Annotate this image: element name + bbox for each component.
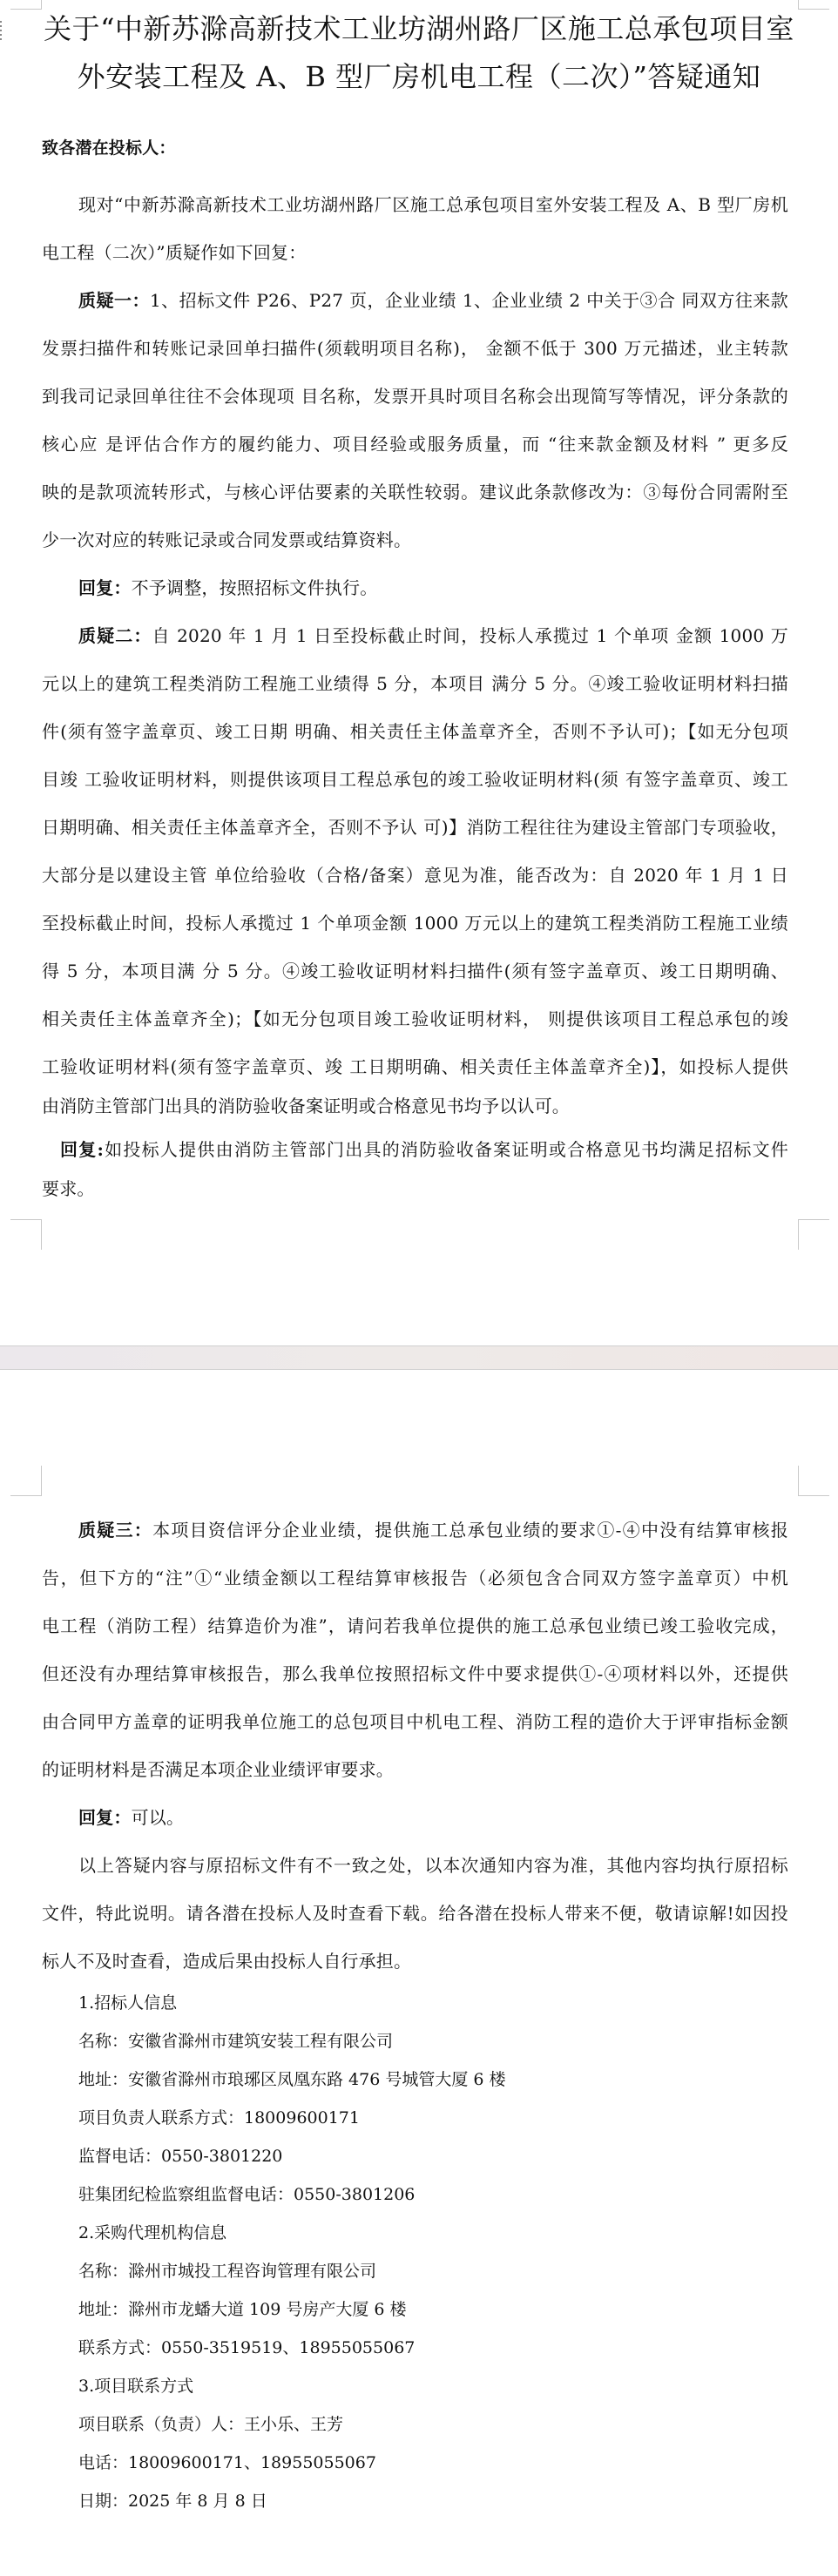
agency-contact: 联系方式：0550-3519519、18955055067 (78, 2337, 415, 2359)
intro-line: 电工程（二次）”质疑作如下回复： (42, 240, 788, 265)
closing-first-line: 以上答疑内容与原招标文件有不一致之处，以本次通知内容为准，其他内容均执行原招标 (78, 1853, 788, 1878)
agency-heading: 2.采购代理机构信息 (78, 2222, 226, 2244)
question-2-line: 大部分是以建设主管 单位给验收（合格/备案）意见为准，能否改为：自 2020 年… (42, 863, 788, 887)
question-3-line: 告，但下方的“注”①“业绩金额以工程结算审核报告（必须包含合同双方签字盖章页）中… (42, 1566, 788, 1590)
intro-line: 现对“中新苏滁高新技术工业坊湖州路厂区施工总承包项目室外安装工程及 A、B 型厂… (78, 192, 788, 217)
question-2-line: 由消防主管部门出具的消防验收备案证明或合格意见书均予以认可。 (42, 1094, 788, 1118)
crop-mark-bottom-left (10, 1219, 42, 1250)
reply-2-line: 要求。 (42, 1177, 788, 1201)
question-2-line: 工验收证明材料(须有签字盖章页、竣 工日期明确、相关责任主体盖章齐全)】，如投标… (42, 1055, 788, 1079)
question-1-line: 少一次对应的转账记录或合同发票或结算资料。 (42, 528, 788, 552)
tenderer-discipline-phone: 驻集团纪检监察组监督电话：0550-3801206 (78, 2183, 415, 2206)
question-2-line: 件(须有签字盖章页、竣工日期 明确、相关责任主体盖章齐全，否则不予认可)；【如无… (42, 719, 788, 744)
closing-line: 标人不及时查看，造成后果由投标人自行承担。 (42, 1949, 788, 1973)
question-1-line: 发票扫描件和转账记录回单扫描件(须载明项目名称)， 金额不低于 300 万元描述… (42, 336, 788, 361)
question-1-label: 质疑一： (78, 290, 150, 311)
question-3-label: 质疑三： (78, 1520, 152, 1541)
reply-3: 回复：可以。 (78, 1805, 788, 1830)
salutation: 致各潜在投标人： (42, 136, 788, 160)
question-2-line: 相关责任主体盖章齐全)；【如无分包项目竣工验收证明材料， 则提供该项目工程总承包… (42, 1007, 788, 1031)
document-title-line-2: 外安装工程及 A、B 型厂房机电工程（二次）”答疑通知 (0, 59, 838, 94)
reply-1-label: 回复： (78, 577, 132, 598)
crop-mark-top-left (10, 0, 42, 10)
agency-name: 名称：滁州市城投工程咨询管理有限公司 (78, 2260, 376, 2283)
tenderer-address: 地址：安徽省滁州市琅琊区凤凰东路 476 号城管大厦 6 楼 (78, 2068, 506, 2091)
question-2-label: 质疑二： (78, 625, 152, 646)
tenderer-heading: 1.招标人信息 (78, 1992, 177, 2014)
question-3-first-line: 质疑三：本项目资信评分企业业绩，提供施工总承包业绩的要求①-④中没有结算审核报 (78, 1518, 788, 1542)
question-1-line: 核心应 是评估合作方的履约能力、项目经验或服务质量，而 “往来款金额及材料 ” … (42, 432, 788, 456)
page-break (0, 1345, 838, 1370)
tenderer-manager-contact: 项目负责人联系方式：18009600171 (78, 2107, 360, 2129)
question-3-line: 由合同甲方盖章的证明我单位施工的总包项目中机电工程、消防工程的造价大于评审指标金… (42, 1709, 788, 1734)
reply-3-label: 回复： (78, 1807, 132, 1828)
page-2: 质疑三：本项目资信评分企业业绩，提供施工总承包业绩的要求①-④中没有结算审核报 … (0, 1370, 838, 2576)
question-3-line: 但还没有办理结算审核报告，那么我单位按照招标文件中要求提供①-④项材料以外，还提… (42, 1662, 788, 1686)
question-1-line: 到我司记录回单往往不会体现项 目名称，发票开具时项目名称会出现简写等情况，评分条… (42, 384, 788, 408)
question-3-line: 的证明材料是否满足本项企业业绩评审要求。 (42, 1757, 788, 1782)
closing-line: 文件，特此说明。请各潜在投标人及时查看下载。给各潜在投标人带来不便，敬请谅解!如… (42, 1901, 788, 1925)
question-2-line: 元以上的建筑工程类消防工程施工业绩得 5 分，本项目 满分 5 分。④竣工验收证… (42, 671, 788, 696)
tenderer-supervision-phone: 监督电话：0550-3801220 (78, 2145, 282, 2168)
crop-mark-top-right (798, 1466, 829, 1496)
tenderer-name: 名称：安徽省滁州市建筑安装工程有限公司 (78, 2030, 393, 2053)
reply-1: 回复：不予调整，按照招标文件执行。 (78, 576, 788, 600)
question-1-first-line: 质疑一：1、招标文件 P26、P27 页，企业业绩 1、企业业绩 2 中关于③合… (78, 288, 788, 313)
crop-mark-top-right (798, 0, 829, 10)
project-contact-persons: 项目联系（负责）人：王小乐、王芳 (78, 2413, 343, 2436)
reply-2-first-line: 回复:如投标人提供由消防主管部门出具的消防验收备案证明或合格意见书均满足招标文件 (60, 1137, 788, 1162)
crop-mark-top-left (10, 1466, 42, 1496)
question-2-line: 目竣 工验收证明材料，则提供该项目工程总承包的竣工验收证明材料(须 有签字盖章页… (42, 767, 788, 792)
crop-mark-bottom-right (798, 1219, 829, 1250)
agency-address: 地址：滁州市龙蟠大道 109 号房产大厦 6 楼 (78, 2298, 407, 2321)
question-3-line: 电工程（消防工程）结算造价为准”，请问若我单位提供的施工总承包业绩已竣工验收完成… (42, 1614, 788, 1638)
question-2-line: 至投标截止时间，投标人承揽过 1 个单项金额 1000 万元以上的建筑工程类消防… (42, 911, 788, 935)
question-1-line: 映的是款项流转形式，与核心评估要素的关联性较弱。建议此条款修改为：③每份合同需附… (42, 480, 788, 504)
page-1: 关于“中新苏滁高新技术工业坊湖州路厂区施工总承包项目室 外安装工程及 A、B 型… (0, 0, 838, 1345)
document-title-line-1: 关于“中新苏滁高新技术工业坊湖州路厂区施工总承包项目室 (0, 11, 838, 46)
question-2-line: 日期明确、相关责任主体盖章齐全，否则不予认 可)】消防工程往往为建设主管部门专项… (42, 815, 788, 840)
question-2-first-line: 质疑二：自 2020 年 1 月 1 日至投标截止时间，投标人承揽过 1 个单项… (78, 624, 788, 648)
question-2-line: 得 5 分，本项目满 分 5 分。④竣工验收证明材料扫描件(须有签字盖章页、竣工… (42, 959, 788, 983)
project-contact-heading: 3.项目联系方式 (78, 2375, 193, 2397)
project-contact-phone: 电话：18009600171、18955055067 (78, 2451, 376, 2474)
notice-date: 日期：2025 年 8 月 8 日 (78, 2490, 267, 2512)
reply-2-label: 回复: (60, 1139, 104, 1160)
